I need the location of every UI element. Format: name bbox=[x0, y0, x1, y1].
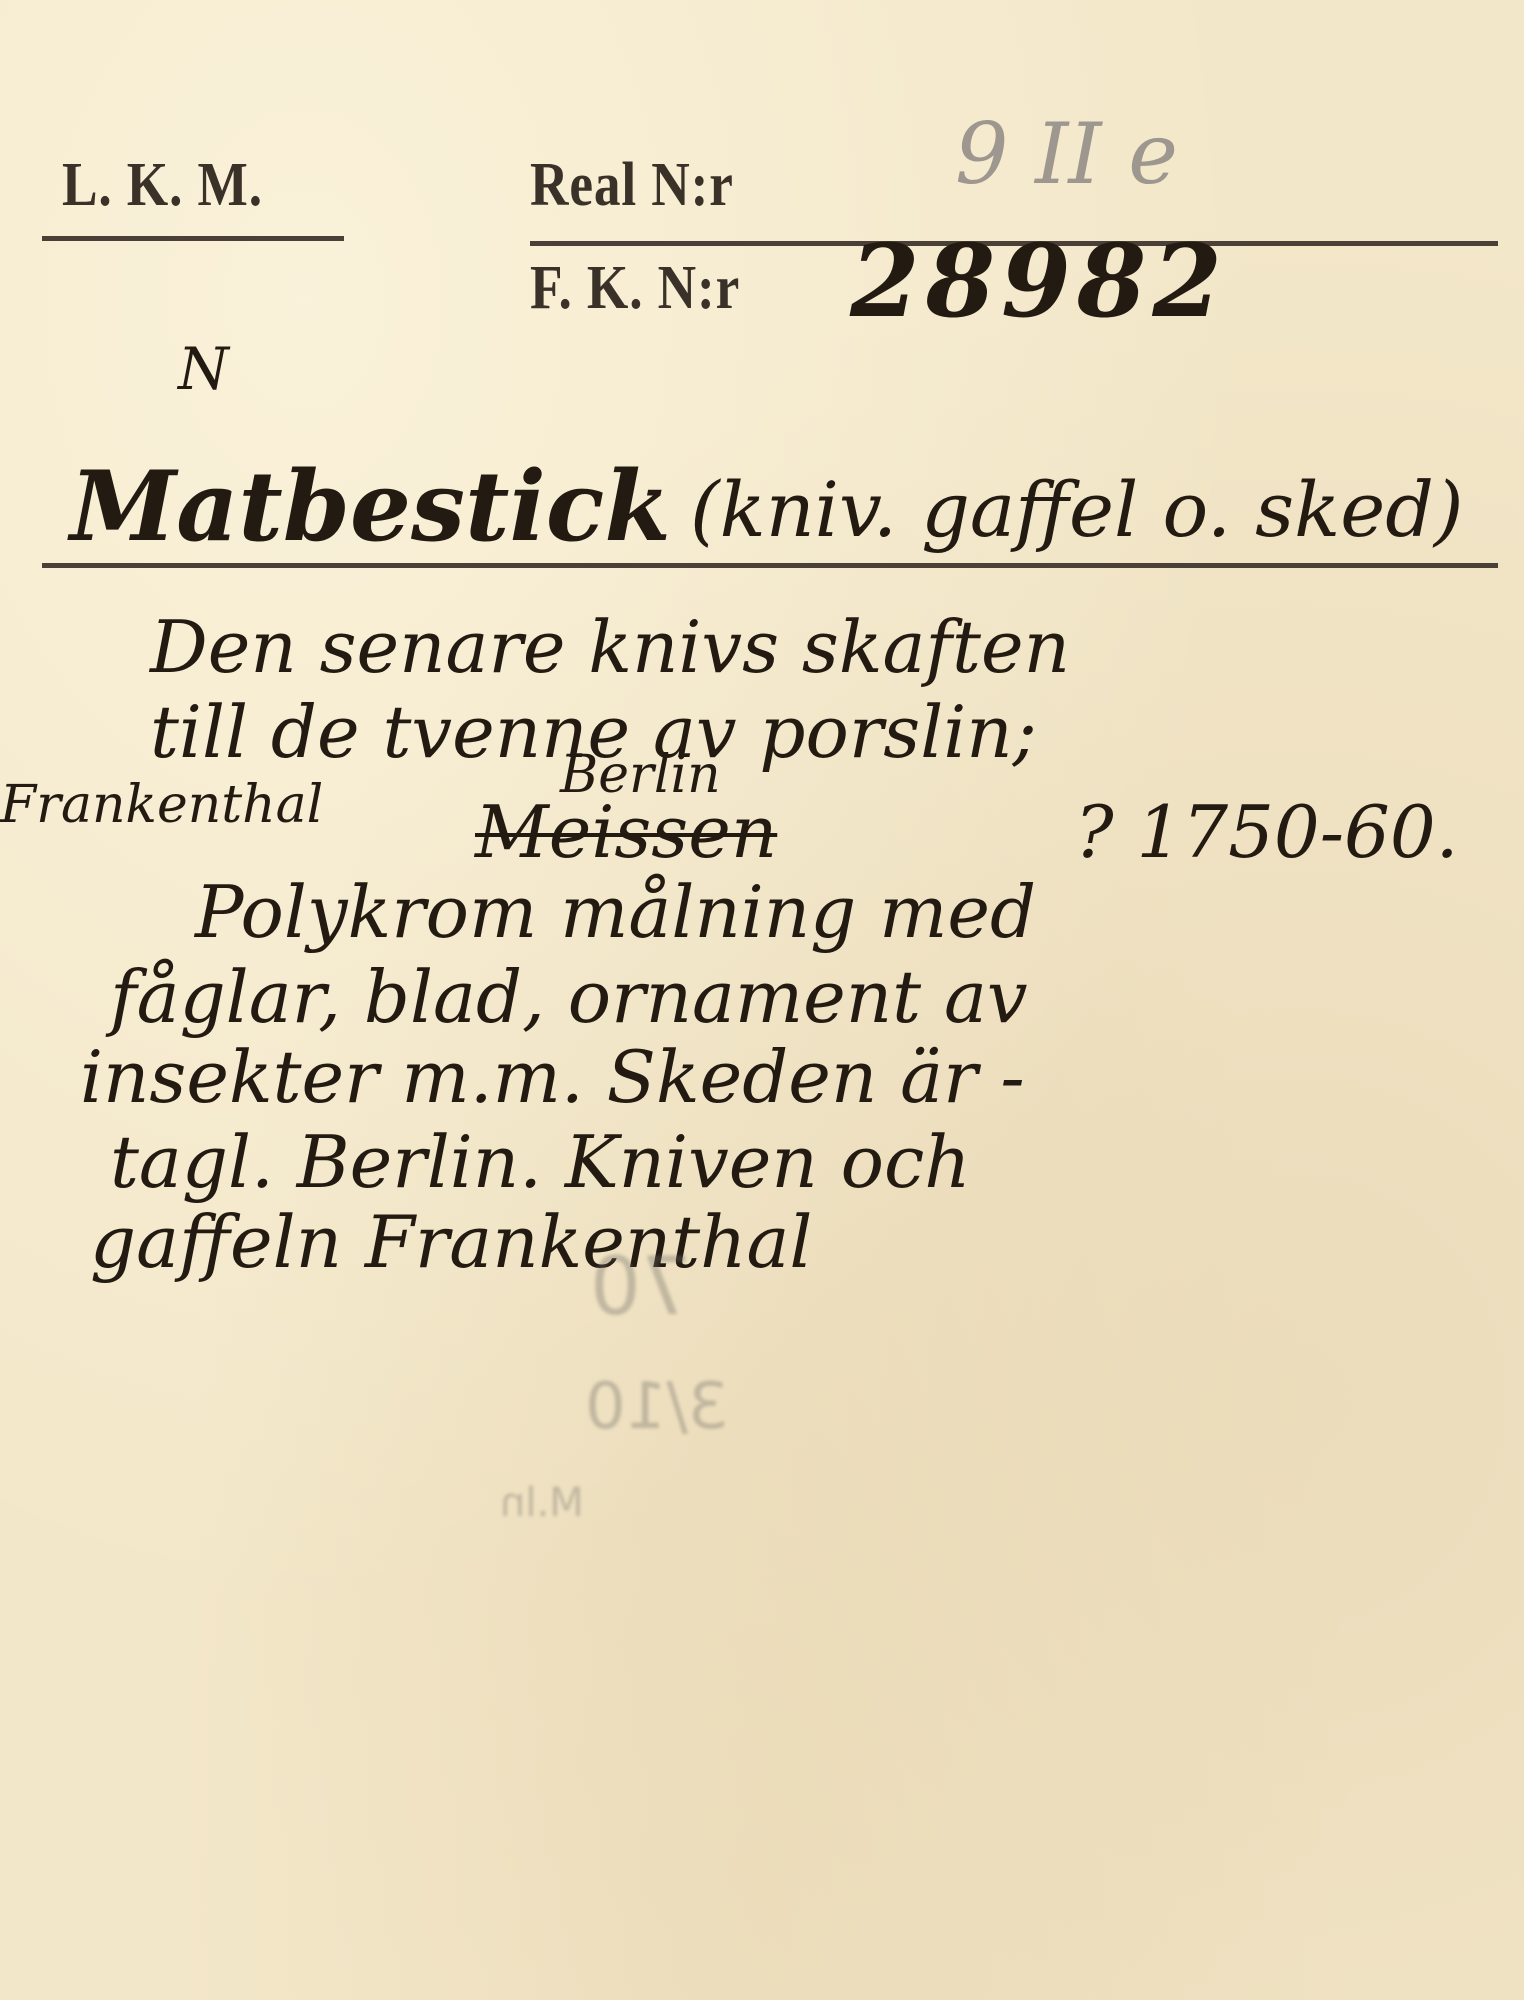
note-line-8: gaffeln Frankenthal bbox=[90, 1200, 812, 1284]
institution-label: L. K. M. bbox=[62, 150, 263, 221]
object-title: Matbestick bbox=[70, 450, 671, 563]
bleed-through-mark: M.ln bbox=[500, 1480, 584, 1526]
catalog-card: L. K. M. Real N:r 9 II e F. K. N:r 28982… bbox=[0, 0, 1524, 2000]
fk-nr-value: 28982 bbox=[850, 222, 1228, 340]
fk-nr-label: F. K. N:r bbox=[530, 253, 740, 324]
margin-mark: N bbox=[178, 335, 229, 403]
note-date-range: ? 1750-60. bbox=[1075, 790, 1459, 874]
note-line-7: tagl. Berlin. Kniven och bbox=[110, 1120, 971, 1204]
bleed-through-mark: 3/10 bbox=[585, 1370, 729, 1444]
note-struck-meissen: Meissen bbox=[475, 790, 777, 874]
note-line-6: insekter m.m. Skeden är - bbox=[80, 1035, 1025, 1119]
note-line-4: Polykrom målning med bbox=[195, 870, 1036, 954]
real-nr-label: Real N:r bbox=[530, 150, 734, 221]
real-nr-value: 9 II e bbox=[955, 105, 1178, 203]
bleed-through-mark: 70 bbox=[590, 1240, 692, 1333]
object-subtitle: (kniv. gaffel o. sked) bbox=[690, 465, 1464, 554]
note-line-1: Den senare knivs skaften bbox=[150, 605, 1070, 689]
note-line-5: fåglar, blad, ornament av bbox=[110, 955, 1028, 1039]
institution-underline bbox=[42, 236, 344, 241]
note-insert-frankenthal: Frankenthal bbox=[0, 775, 323, 835]
title-rule bbox=[42, 563, 1498, 568]
